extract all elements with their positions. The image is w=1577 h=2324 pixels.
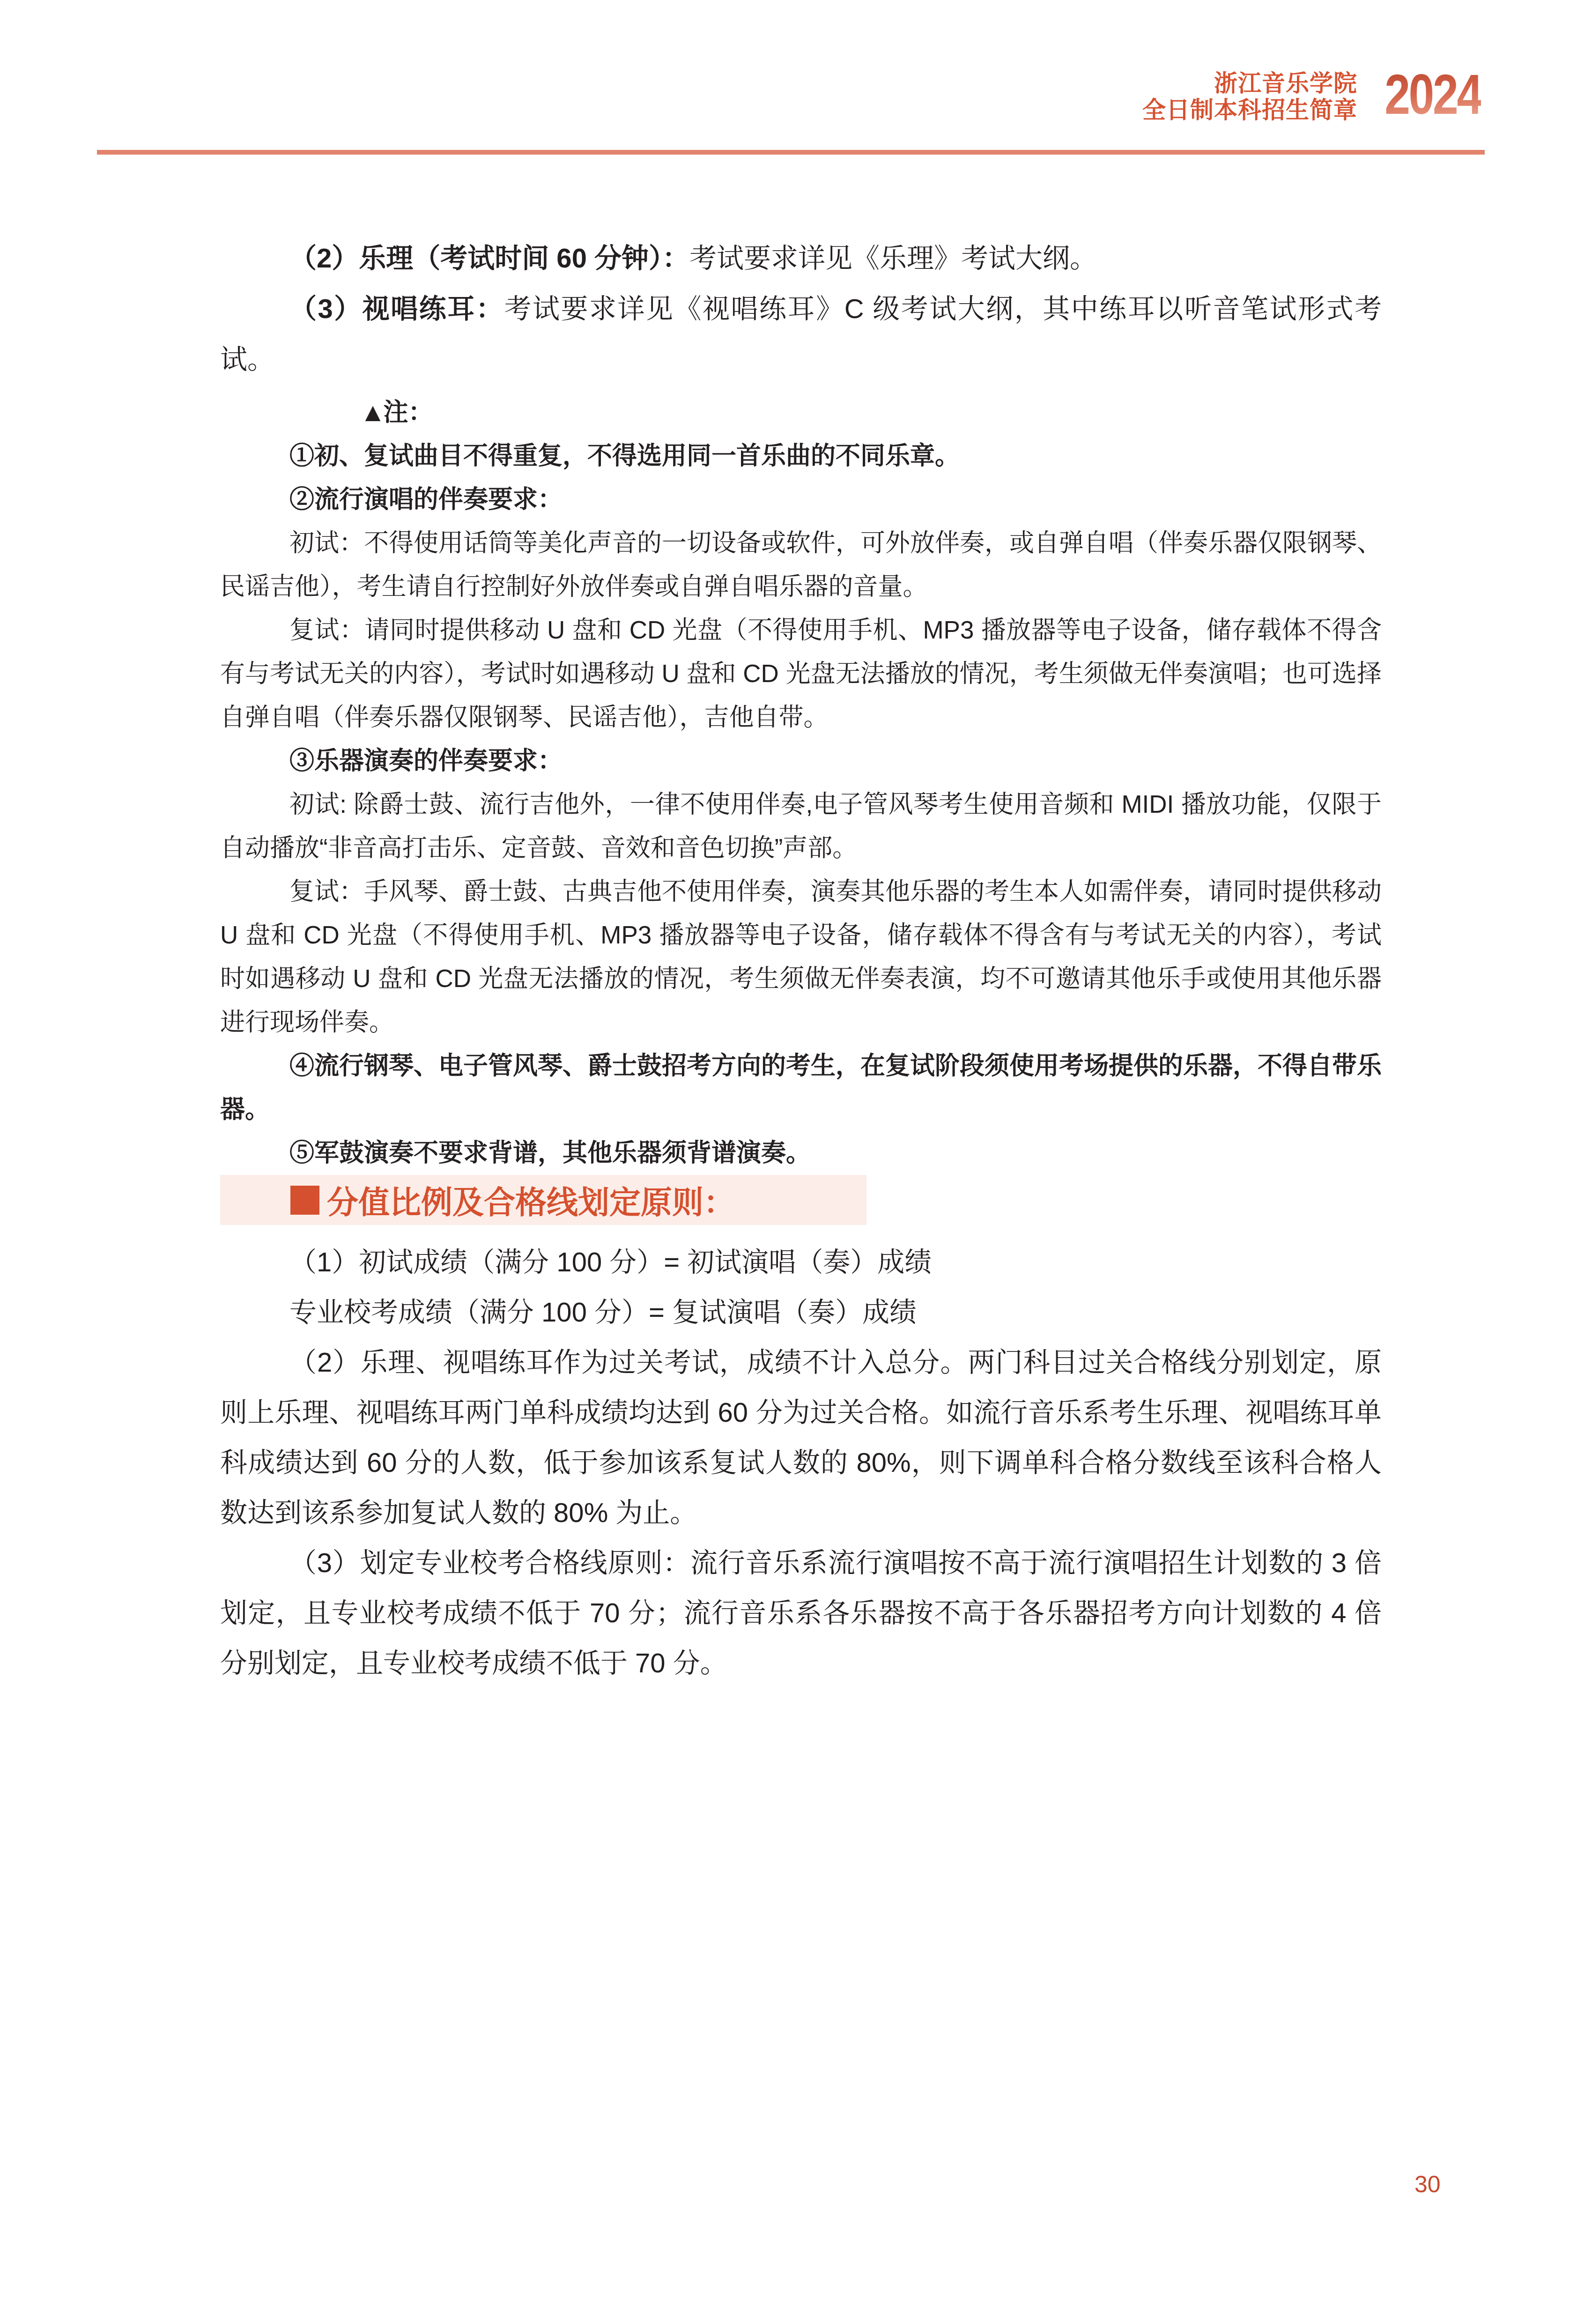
page-content: （2）乐理（考试时间 60 分钟）：考试要求详见《乐理》考试大纲。 （3）视唱练… (220, 233, 1382, 1688)
score-paragraph-3: （2）乐理、视唱练耳作为过关考试，成绩不计入总分。两门科目过关合格线分别划定，原… (220, 1337, 1382, 1538)
header-org-block: 浙江音乐学院 全日制本科招生简章 (1142, 70, 1357, 124)
section-heading-title: 分值比例及合格线划定原则： (327, 1178, 735, 1223)
note-item-3-first-round: 初试: 除爵士鼓、流行吉他外，一律不使用伴奏,电子管风琴考生使用音频和 MIDI… (220, 783, 1382, 870)
note-item-4: ④流行钢琴、电子管风琴、爵士鼓招考方向的考生，在复试阶段须使用考场提供的乐器，不… (220, 1044, 1382, 1131)
header-school-name: 浙江音乐学院 (1142, 70, 1357, 97)
header-year: 2024 (1385, 67, 1481, 123)
note-item-2: ②流行演唱的伴奏要求： (220, 478, 1382, 521)
notes-title-line: ▲注： (220, 391, 1382, 434)
exam-item-2-text: 考试要求详见《乐理》考试大纲。 (689, 243, 1097, 274)
notes-title: 注： (383, 399, 433, 426)
triangle-marker-icon: ▲ (287, 390, 385, 436)
note-item-3-second-round: 复试：手风琴、爵士鼓、古典吉他不使用伴奏，演奏其他乐器的考生本人如需伴奏，请同时… (220, 870, 1382, 1044)
note-item-5: ⑤军鼓演奏不要求背谱，其他乐器须背谱演奏。 (220, 1131, 1382, 1175)
notes-section: ▲注： ①初、复试曲目不得重复，不得选用同一首乐曲的不同乐章。 ②流行演唱的伴奏… (220, 391, 1382, 1175)
note-item-1: ①初、复试曲目不得重复，不得选用同一首乐曲的不同乐章。 (220, 434, 1382, 478)
exam-item-2-label: （2）乐理（考试时间 60 分钟）： (289, 243, 689, 274)
header-brochure-subtitle: 全日制本科招生简章 (1142, 97, 1357, 124)
note-item-2-first-round: 初试：不得使用话筒等美化声音的一切设备或软件，可外放伴奏，或自弹自唱（伴奏乐器仅… (220, 521, 1382, 609)
brochure-page: 浙江音乐学院 全日制本科招生简章 2024 （2）乐理（考试时间 60 分钟）：… (0, 0, 1577, 2324)
note-item-3: ③乐器演奏的伴奏要求： (220, 739, 1382, 783)
section-heading-square-icon (290, 1186, 319, 1215)
score-paragraph-2: 专业校考成绩（满分 100 分）= 复试演唱（奏）成绩 (220, 1287, 1382, 1337)
exam-item-3-label: （3）视唱练耳： (289, 294, 504, 324)
score-paragraph-4: （3）划定专业校考合格线原则：流行音乐系流行演唱按不高于流行演唱招生计划数的 3… (220, 1538, 1382, 1688)
header-divider-rule (97, 150, 1485, 155)
exam-item-2: （2）乐理（考试时间 60 分钟）：考试要求详见《乐理》考试大纲。 (220, 233, 1382, 284)
score-section: （1）初试成绩（满分 100 分）= 初试演唱（奏）成绩 专业校考成绩（满分 1… (220, 1237, 1382, 1688)
section-heading-bar: 分值比例及合格线划定原则： (220, 1175, 866, 1225)
exam-item-3: （3）视唱练耳：考试要求详见《视唱练耳》C 级考试大纲，其中练耳以听音笔试形式考… (220, 284, 1382, 385)
note-item-2-second-round: 复试：请同时提供移动 U 盘和 CD 光盘（不得使用手机、MP3 播放器等电子设… (220, 609, 1382, 739)
page-number: 30 (1414, 2172, 1441, 2197)
score-paragraph-1: （1）初试成绩（满分 100 分）= 初试演唱（奏）成绩 (220, 1237, 1382, 1287)
